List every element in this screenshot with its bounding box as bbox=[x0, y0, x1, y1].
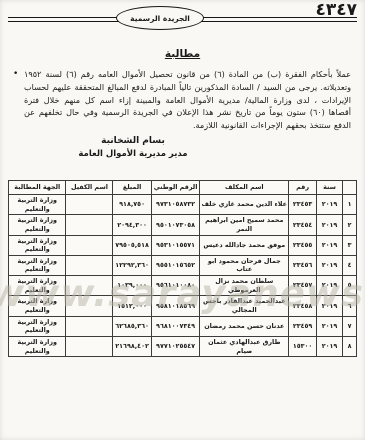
signature-block: بسام الشخانبة مدير مديرية الأموال العامة bbox=[58, 136, 208, 159]
cell-amount: ٩١٨,٧٥٠ bbox=[113, 195, 151, 215]
cell-no: ٣ bbox=[343, 235, 357, 255]
cell-guarantor bbox=[66, 195, 113, 215]
cell-guarantor bbox=[66, 336, 113, 356]
table-row: ٧ ٢٠١٩ ٢٣٤٥٩ عدنان حسن محمد رمضان ٩٦٨١٠٠… bbox=[9, 316, 357, 336]
claims-table: سنة رقم اسم المكلف الرقم الوطني المبلغ ا… bbox=[8, 180, 357, 357]
cell-taxpayer-name: طارق عبدالهادي عثمان صيام bbox=[200, 336, 289, 356]
cell-guarantor bbox=[66, 296, 113, 316]
cell-guarantor bbox=[66, 276, 113, 296]
cell-taxpayer-name: موفق محمد جادالله دعيس bbox=[200, 235, 289, 255]
cell-amount: ٢١٦٩٨,٤٠٢ bbox=[113, 336, 151, 356]
header-claimant: الجهة المطالبة bbox=[9, 181, 66, 195]
cell-national-id: ٩٧٣١٠٥٨٧٣٢ bbox=[151, 195, 200, 215]
cell-claimant: وزارة التربية والتعليم bbox=[9, 255, 66, 275]
cell-taxpayer-name: عبدالحميد عبدالقادر باجس المجالي bbox=[200, 296, 289, 316]
cell-claimant: وزارة التربية والتعليم bbox=[9, 336, 66, 356]
cell-number: ٢٣٤٥٩ bbox=[289, 316, 317, 336]
cell-number: ٢٣٤٥٤ bbox=[289, 215, 317, 235]
cell-year: ٢٠١٩ bbox=[317, 296, 343, 316]
header-number: رقم bbox=[289, 181, 317, 195]
table-header-row: سنة رقم اسم المكلف الرقم الوطني المبلغ ا… bbox=[9, 181, 357, 195]
signature-title: مدير مديرية الأموال العامة bbox=[58, 149, 208, 159]
cell-number: ٢٣٤٥٣ bbox=[289, 195, 317, 215]
cell-year: ٢٠١٩ bbox=[317, 336, 343, 356]
cell-amount: ٢٠٩٤,٣٠٠ bbox=[113, 215, 151, 235]
header-no bbox=[343, 181, 357, 195]
cell-number: ١٥٣٠٠ bbox=[289, 336, 317, 356]
cell-no: ٤ bbox=[343, 255, 357, 275]
cell-taxpayer-name: سلطان محمد نزال العرموطي bbox=[200, 276, 289, 296]
cell-taxpayer-name: جمال فرحان محمود ابو عتاب bbox=[200, 255, 289, 275]
cell-guarantor bbox=[66, 235, 113, 255]
cell-no: ٨ bbox=[343, 336, 357, 356]
table-row: ٨ ٢٠١٩ ١٥٣٠٠ طارق عبدالهادي عثمان صيام ٩… bbox=[9, 336, 357, 356]
cell-national-id: ٩٥٣١٠١٥٥٧١ bbox=[151, 235, 200, 255]
cell-year: ٢٠١٩ bbox=[317, 235, 343, 255]
gazette-page: ٤٣٤٧ الجريدة الرسمية مطالبة • عملاً بأحك… bbox=[0, 0, 365, 440]
cell-no: ٦ bbox=[343, 296, 357, 316]
cell-number: ٢٣٤٥٨ bbox=[289, 296, 317, 316]
cell-year: ٢٠١٩ bbox=[317, 215, 343, 235]
cell-national-id: ٩٦٨١٠٠٧٣٤٩ bbox=[151, 316, 200, 336]
header-guarantor: اسم الكفيل bbox=[66, 181, 113, 195]
table-row: ٥ ٢٠١٩ ٢٣٤٥٧ سلطان محمد نزال العرموطي ٩٥… bbox=[9, 276, 357, 296]
cell-guarantor bbox=[66, 255, 113, 275]
cell-claimant: وزارة التربية والتعليم bbox=[9, 195, 66, 215]
cell-no: ٧ bbox=[343, 316, 357, 336]
notice-body: عملاً بأحكام الفقرة (ب) من المادة (٦) من… bbox=[24, 68, 351, 132]
cell-national-id: ٩٥٥١٠١٥٦٥٢ bbox=[151, 255, 200, 275]
cell-taxpayer-name: محمد سميح امين ابراهيم النمر bbox=[200, 215, 289, 235]
table-row: ٢ ٢٠١٩ ٢٣٤٥٤ محمد سميح امين ابراهيم النم… bbox=[9, 215, 357, 235]
cell-guarantor bbox=[66, 215, 113, 235]
signature-name: بسام الشخانبة bbox=[58, 136, 208, 146]
cell-taxpayer-name: علاء الدين محمد غازي خلف bbox=[200, 195, 289, 215]
cell-claimant: وزارة التربية والتعليم bbox=[9, 296, 66, 316]
cell-amount: ١٢٢٩٢,٣٦٠ bbox=[113, 255, 151, 275]
cell-year: ٢٠١٩ bbox=[317, 316, 343, 336]
table-row: ٤ ٢٠١٩ ٢٣٤٥٦ جمال فرحان محمود ابو عتاب ٩… bbox=[9, 255, 357, 275]
header-national-id: الرقم الوطني bbox=[151, 181, 200, 195]
cell-amount: ٧٩٥٠٥,٥١٨ bbox=[113, 235, 151, 255]
masthead-oval: الجريدة الرسمية bbox=[116, 6, 204, 30]
cell-number: ٢٣٤٥٧ bbox=[289, 276, 317, 296]
cell-national-id: ٩٥٦١٠١٠٠٨٠ bbox=[151, 276, 200, 296]
cell-no: ٢ bbox=[343, 215, 357, 235]
masthead-label: الجريدة الرسمية bbox=[130, 14, 190, 23]
cell-no: ٥ bbox=[343, 276, 357, 296]
cell-no: ١ bbox=[343, 195, 357, 215]
cell-taxpayer-name: عدنان حسن محمد رمضان bbox=[200, 316, 289, 336]
cell-national-id: ٩٧٧١٠٢٥٥٤٧ bbox=[151, 336, 200, 356]
header-amount: المبلغ bbox=[113, 181, 151, 195]
cell-claimant: وزارة التربية والتعليم bbox=[9, 215, 66, 235]
table-row: ٦ ٢٠١٩ ٢٣٤٥٨ عبدالحميد عبدالقادر باجس ال… bbox=[9, 296, 357, 316]
cell-amount: ٦٢٦٨٥,٣٦٠ bbox=[113, 316, 151, 336]
cell-national-id: ٩٥٠١٠٧٣٠٥٨ bbox=[151, 215, 200, 235]
cell-amount: ١٥١٢,٠٠٠ bbox=[113, 296, 151, 316]
cell-amount: ١٠٣٩,٠٠٠ bbox=[113, 276, 151, 296]
table-row: ١ ٢٠١٩ ٢٣٤٥٣ علاء الدين محمد غازي خلف ٩٧… bbox=[9, 195, 357, 215]
cell-claimant: وزارة التربية والتعليم bbox=[9, 276, 66, 296]
cell-number: ٢٣٤٥٥ bbox=[289, 235, 317, 255]
cell-claimant: وزارة التربية والتعليم bbox=[9, 235, 66, 255]
cell-year: ٢٠١٩ bbox=[317, 255, 343, 275]
cell-year: ٢٠١٩ bbox=[317, 276, 343, 296]
cell-number: ٢٣٤٥٦ bbox=[289, 255, 317, 275]
header-taxpayer-name: اسم المكلف bbox=[200, 181, 289, 195]
table-row: ٣ ٢٠١٩ ٢٣٤٥٥ موفق محمد جادالله دعيس ٩٥٣١… bbox=[9, 235, 357, 255]
bullet-marker: • bbox=[13, 70, 18, 79]
cell-claimant: وزارة التربية والتعليم bbox=[9, 316, 66, 336]
notice-title: مطالبة bbox=[0, 48, 365, 60]
cell-national-id: ٩٥٨١٠١٨٥٦٩ bbox=[151, 296, 200, 316]
header-year: سنة bbox=[317, 181, 343, 195]
cell-guarantor bbox=[66, 316, 113, 336]
cell-year: ٢٠١٩ bbox=[317, 195, 343, 215]
